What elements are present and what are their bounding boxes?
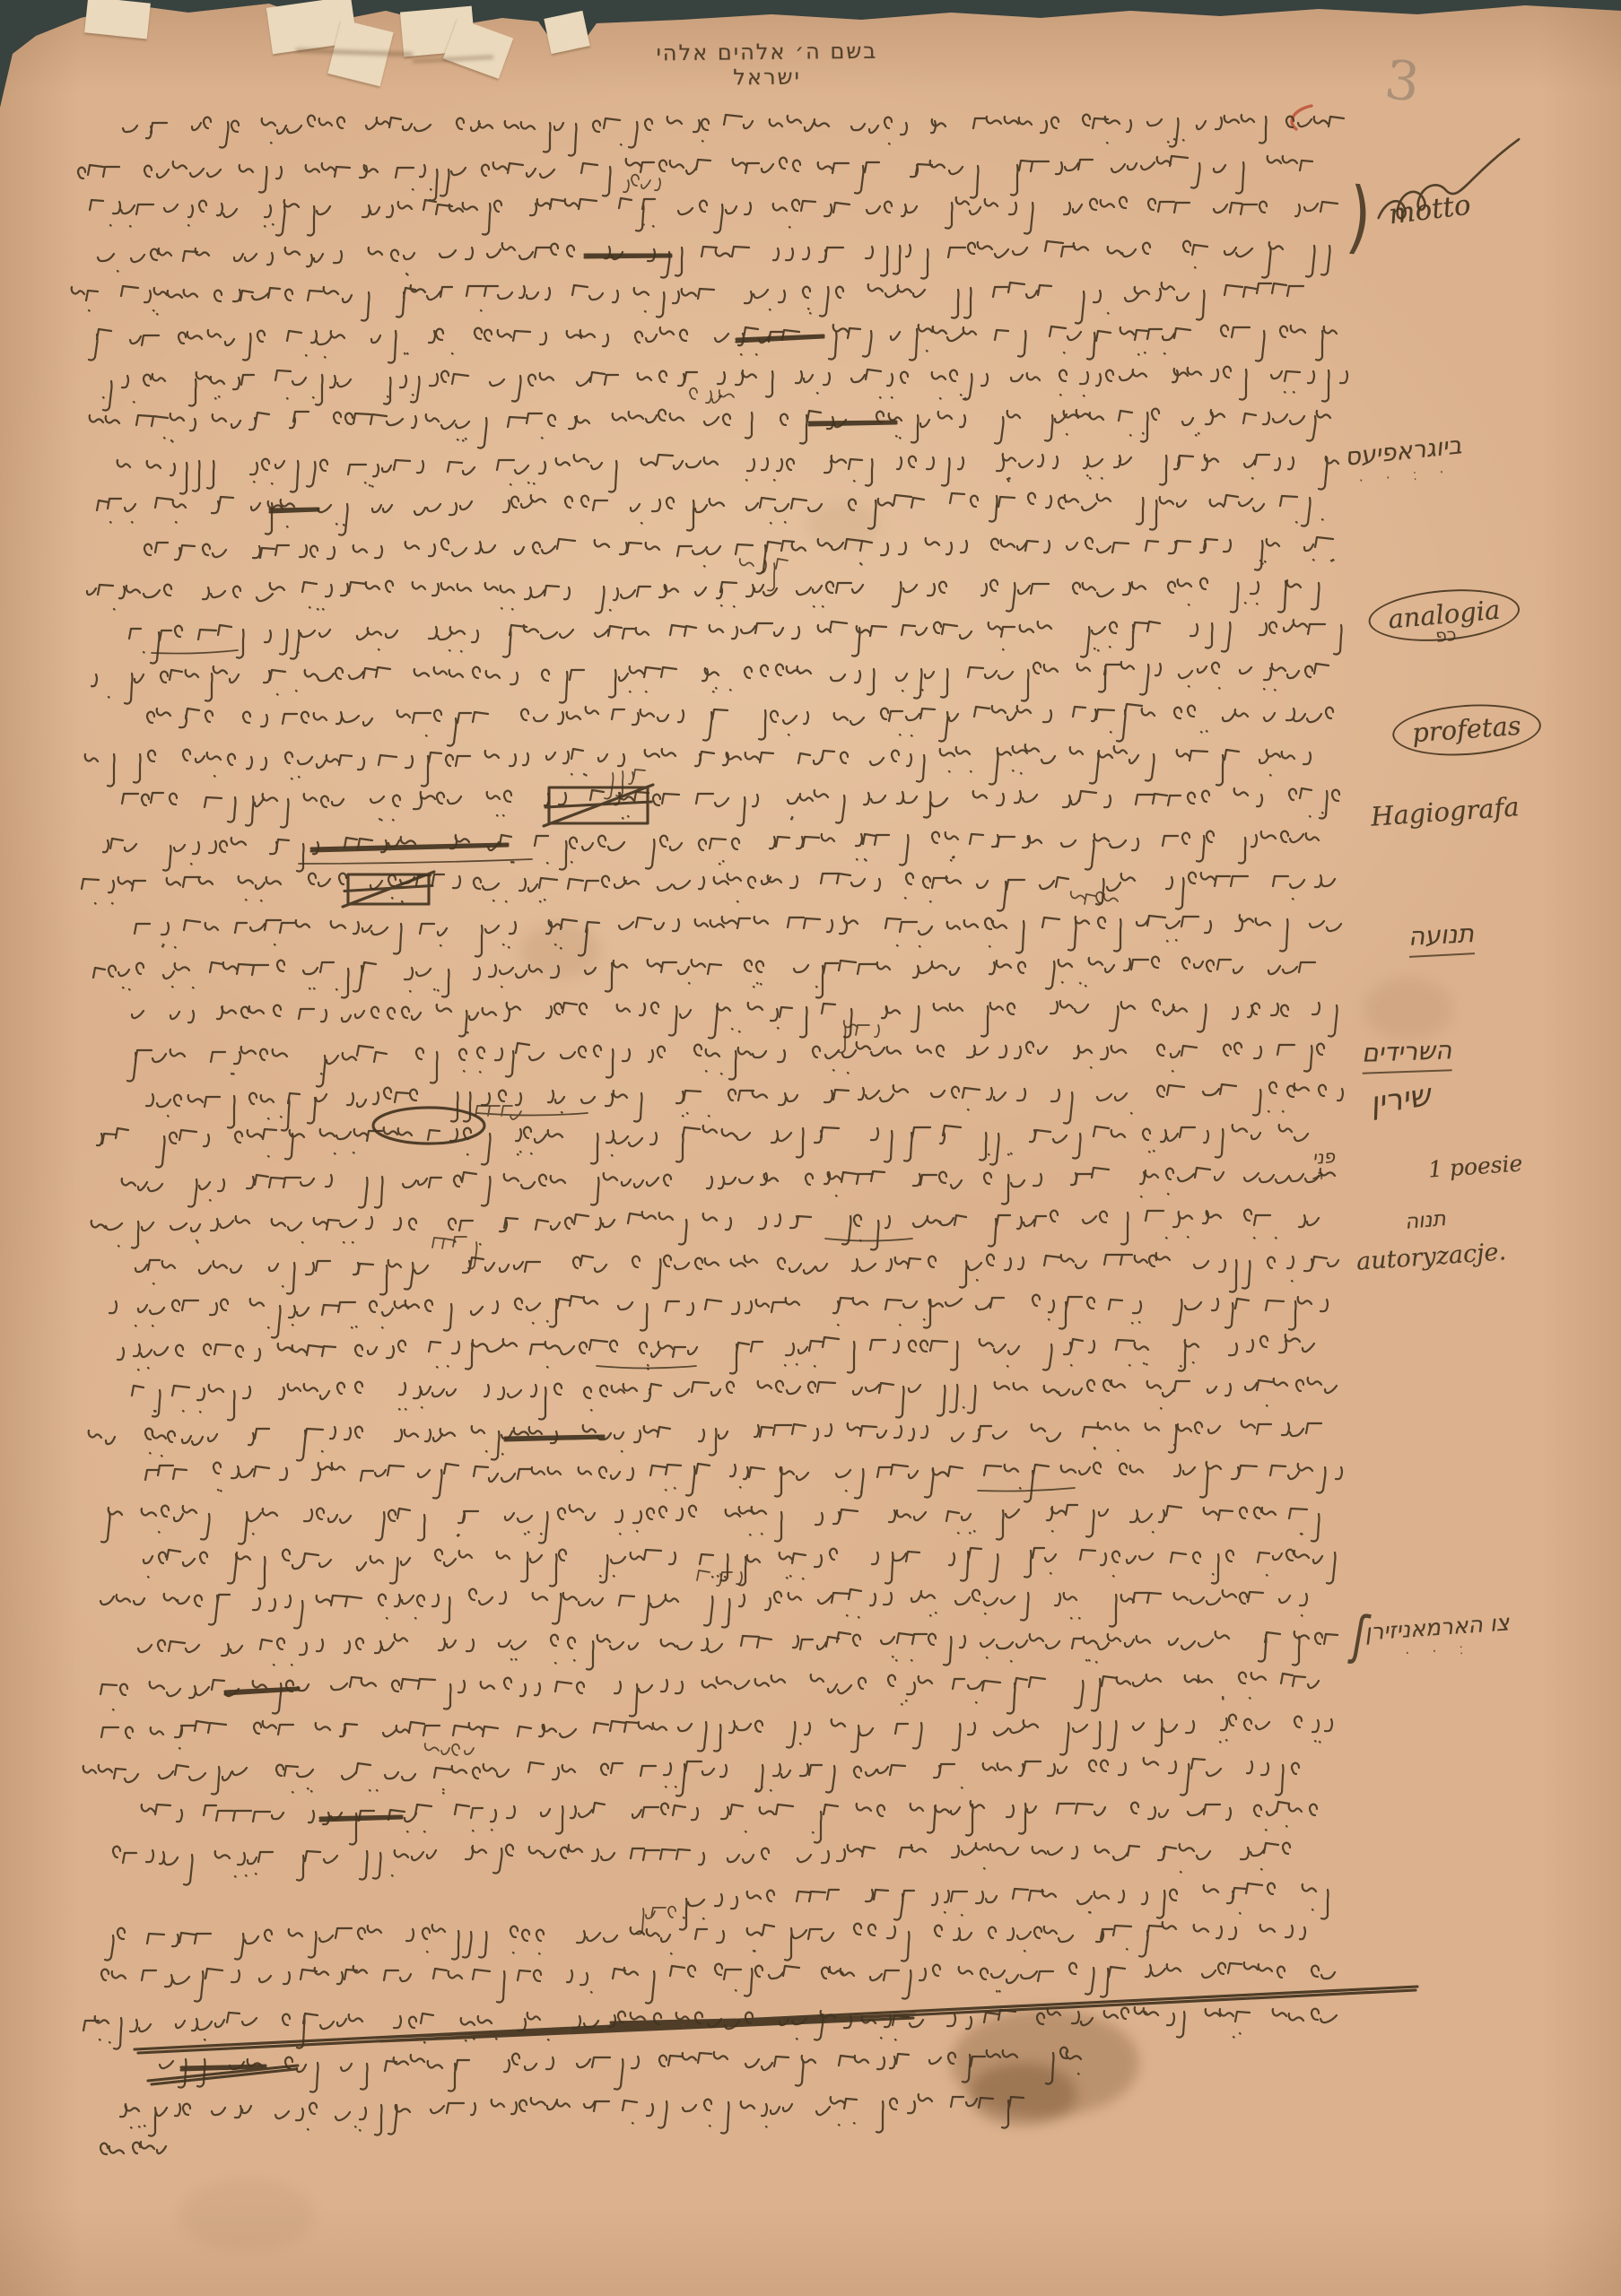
note-profetas: profetas xyxy=(1391,709,1542,749)
note-tnua: תנועה xyxy=(1407,918,1475,958)
note-profetas-label: profetas xyxy=(1411,710,1522,748)
note-tnua-small-label: תנוה xyxy=(1404,1207,1447,1234)
note-hasridim: השרידים xyxy=(1361,1035,1452,1074)
note-tnua-label: תנועה xyxy=(1407,918,1475,958)
paper-sheet xyxy=(0,0,1621,2296)
header-inscription: בשם ה׳ אלהים אלהי ישראל xyxy=(619,38,916,91)
scanned-manuscript-screenshot: { "page": { "header_inscription": "בשם ה… xyxy=(0,0,1621,2296)
note-tnua-small: תנוה xyxy=(1404,1207,1447,1234)
paper-texture xyxy=(0,0,1621,2296)
note-hasridim-label: השרידים xyxy=(1361,1035,1452,1074)
